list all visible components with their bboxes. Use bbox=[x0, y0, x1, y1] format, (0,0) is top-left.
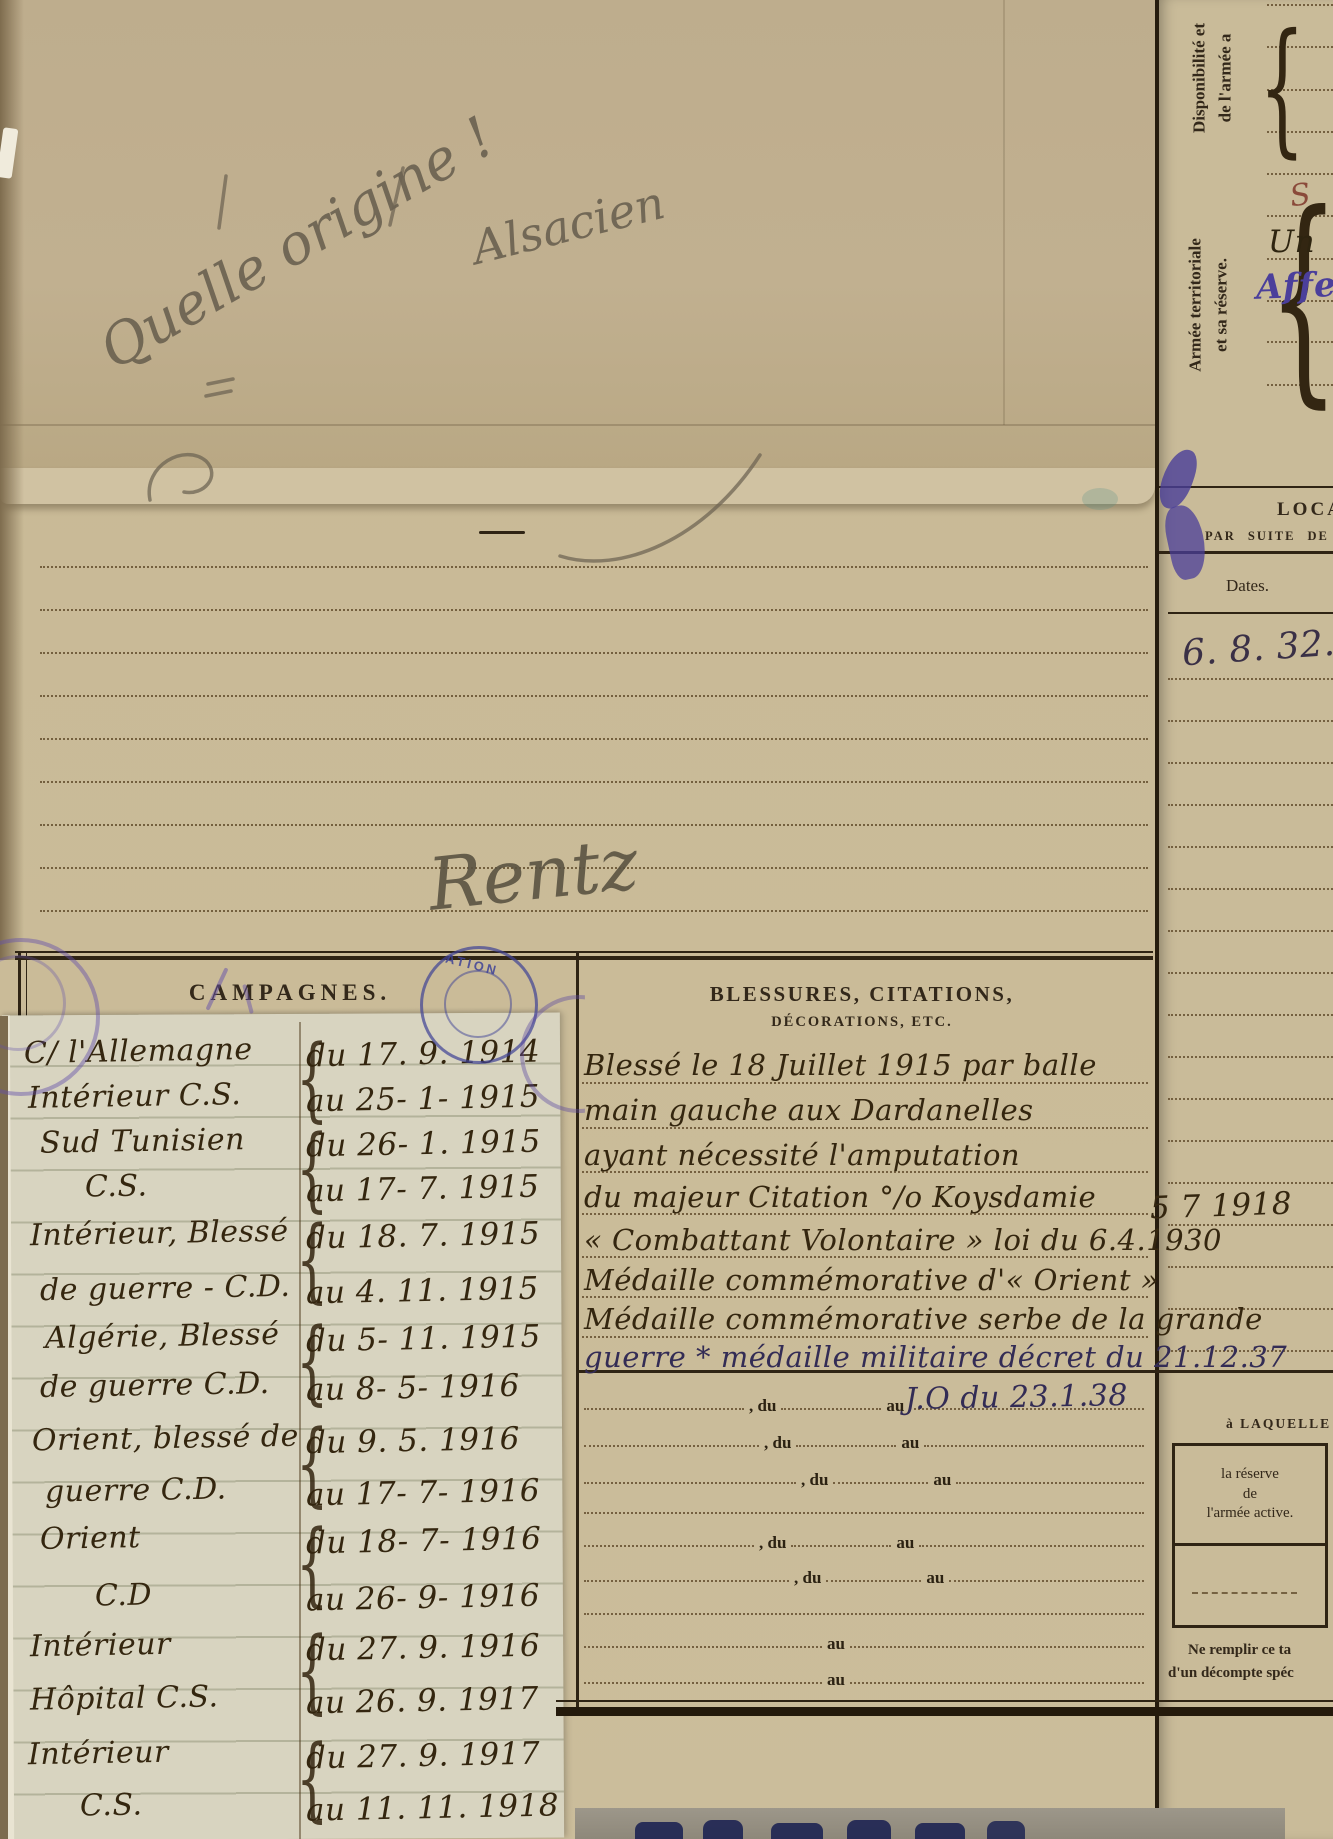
bottom-scan-band bbox=[575, 1808, 1285, 1839]
dotted-line bbox=[40, 695, 1148, 697]
du-label: , du bbox=[796, 1471, 833, 1488]
au-label: au bbox=[921, 1569, 949, 1586]
note-text-line2: d'un décompte spéc bbox=[1168, 1665, 1294, 1682]
torn-edge-strip bbox=[0, 468, 1155, 504]
campaign-label: Orient bbox=[40, 1520, 141, 1557]
dotted-segment bbox=[956, 1482, 1144, 1484]
dotted-segment bbox=[919, 1545, 1144, 1547]
cutoff-glyph bbox=[635, 1822, 683, 1839]
cutoff-glyph bbox=[703, 1820, 743, 1839]
dotted-line bbox=[1168, 972, 1333, 974]
dotted-line bbox=[582, 1336, 1148, 1338]
du-label: , du bbox=[754, 1534, 791, 1551]
brace-glyph: { bbox=[296, 1520, 328, 1607]
au-label: au bbox=[928, 1471, 956, 1488]
handwritten-line: guerre * médaille militaire décret du 21… bbox=[584, 1340, 1287, 1374]
form-row: , du au bbox=[584, 1464, 1144, 1488]
blessures-subtitle: DÉCORATIONS, ETC. bbox=[576, 1014, 1148, 1031]
reserve-box-line: de bbox=[1175, 1485, 1325, 1505]
dotted-line bbox=[1168, 720, 1333, 722]
cutoff-glyph bbox=[847, 1820, 891, 1839]
brace-glyph: { bbox=[296, 1035, 328, 1122]
dotted-line bbox=[1168, 1182, 1333, 1184]
campaign-date: du 27. 9. 1916 bbox=[306, 1628, 541, 1669]
campaign-date: du 9. 5. 1916 bbox=[306, 1421, 521, 1461]
dotted-segment bbox=[949, 1580, 1144, 1582]
au-label: au bbox=[891, 1534, 919, 1551]
dotted-line bbox=[584, 1613, 1144, 1615]
form-row: , du au bbox=[584, 1562, 1144, 1586]
dotted-segment bbox=[584, 1545, 754, 1547]
handwritten-line: « Combattant Volontaire » loi du 6.4.193… bbox=[584, 1223, 1222, 1257]
cutoff-glyph bbox=[987, 1821, 1025, 1839]
empty-form-box bbox=[1172, 1543, 1328, 1628]
campaign-label: de guerre C.D. bbox=[40, 1366, 270, 1405]
dotted-segment bbox=[850, 1646, 1144, 1648]
handwritten-line: ayant nécessité l'amputation bbox=[584, 1138, 1020, 1172]
campaign-date: du 27. 9. 1917 bbox=[306, 1736, 541, 1777]
short-dash-mark bbox=[479, 531, 525, 534]
campaign-label: Sud Tunisien bbox=[40, 1122, 246, 1161]
campaign-date: au 4. 11. 1915 bbox=[306, 1271, 539, 1312]
dotted-segment bbox=[584, 1682, 822, 1684]
brace-glyph: { bbox=[1259, 15, 1305, 160]
campaign-date: au 26- 9- 1916 bbox=[306, 1578, 541, 1619]
dotted-line bbox=[1168, 1014, 1333, 1016]
handwritten-line: Médaille commémorative d'« Orient » bbox=[584, 1263, 1159, 1297]
reserve-box: la réserve de l'armée active. bbox=[1172, 1443, 1328, 1546]
handwritten-line: du majeur Citation °/o Koysdamie bbox=[584, 1180, 1096, 1214]
under-page-edge bbox=[0, 1016, 8, 1839]
dotted-segment bbox=[796, 1445, 896, 1447]
a-laquelle-header: à LAQUELLE bbox=[1226, 1416, 1331, 1432]
blessures-title: BLESSURES, CITATIONS, bbox=[576, 982, 1148, 1007]
cutoff-glyph bbox=[915, 1823, 965, 1839]
dotted-line bbox=[1168, 846, 1333, 848]
vertical-label-disponibilite: Disponibilité et de l'armée a bbox=[1187, 23, 1240, 133]
dotted-line bbox=[40, 609, 1148, 611]
campaign-date: du 18- 7- 1916 bbox=[306, 1521, 542, 1562]
brace-glyph: { bbox=[296, 1216, 328, 1303]
brace-glyph: { bbox=[296, 1420, 328, 1507]
dotted-segment bbox=[584, 1580, 789, 1582]
affecte-stamp: Affec bbox=[1255, 264, 1333, 308]
dotted-line bbox=[40, 566, 1148, 568]
brace-glyph: { bbox=[296, 1735, 328, 1822]
campaign-label: Intérieur bbox=[30, 1627, 171, 1664]
campaign-date: du 18. 7. 1915 bbox=[306, 1216, 541, 1257]
form-row: au bbox=[584, 1628, 1144, 1652]
campaign-label: C.S. bbox=[80, 1787, 143, 1823]
campaign-label: Intérieur bbox=[28, 1735, 169, 1772]
localites-header: LOCA bbox=[1277, 499, 1333, 521]
campaign-label: C.D bbox=[95, 1578, 153, 1614]
brace-glyph: { bbox=[296, 1318, 328, 1405]
au-label: au bbox=[896, 1434, 924, 1451]
bottom-border-thick bbox=[556, 1707, 1333, 1716]
campaign-label: Orient, blessé de bbox=[32, 1419, 299, 1459]
dotted-line bbox=[1168, 1098, 1333, 1100]
dotted-segment bbox=[833, 1482, 928, 1484]
form-row: , du au bbox=[584, 1527, 1144, 1551]
section-rule bbox=[1168, 612, 1333, 614]
dotted-line bbox=[584, 1512, 1144, 1514]
vertical-label-line: Armée territoriale bbox=[1183, 238, 1209, 372]
cutoff-glyph bbox=[771, 1823, 823, 1839]
campaign-label: Intérieur, Blessé bbox=[30, 1214, 289, 1254]
dashed-entry-line bbox=[1192, 1592, 1297, 1594]
campaign-date: au 8- 5- 1916 bbox=[306, 1368, 521, 1408]
du-label: , du bbox=[789, 1569, 826, 1586]
campaign-date: au 17- 7. 1915 bbox=[306, 1169, 540, 1210]
ink-smudge bbox=[1082, 488, 1118, 510]
campaign-date: au 11. 11. 1918 bbox=[306, 1787, 560, 1828]
reserve-box-line: l'armée active. bbox=[1175, 1504, 1325, 1524]
vertical-label-line: Disponibilité et bbox=[1187, 23, 1213, 133]
bottom-border-thin bbox=[556, 1700, 1333, 1702]
campaign-label: Algérie, Blessé bbox=[45, 1317, 280, 1356]
handwritten-line: main gauche aux Dardanelles bbox=[584, 1093, 1034, 1127]
round-stamp-inner-ring bbox=[444, 970, 512, 1038]
dotted-line bbox=[40, 738, 1148, 740]
dotted-line bbox=[40, 910, 1148, 912]
vertical-label-line: de l'armée a bbox=[1213, 23, 1239, 133]
vertical-label-territoriale: Armée territoriale et sa réserve. bbox=[1183, 238, 1236, 372]
campaign-label: de guerre - C.D. bbox=[40, 1269, 291, 1308]
dotted-line bbox=[1168, 1140, 1333, 1142]
note-text-line1: Ne remplir ce ta bbox=[1188, 1642, 1291, 1659]
handwritten-line: Médaille commémorative serbe de la grand… bbox=[584, 1302, 1263, 1336]
table-top-rule bbox=[15, 951, 1153, 953]
dotted-segment bbox=[584, 1408, 744, 1410]
dotted-segment bbox=[781, 1408, 881, 1410]
dotted-line bbox=[1168, 1266, 1333, 1268]
brace-glyph: { bbox=[296, 1627, 328, 1714]
table-top-rule bbox=[15, 956, 1153, 960]
dotted-segment bbox=[584, 1646, 822, 1648]
dotted-segment bbox=[584, 1482, 796, 1484]
page-fold-line bbox=[1155, 0, 1159, 1839]
overflow-note: J.O du 23.1.38 bbox=[905, 1378, 1129, 1417]
dotted-line bbox=[1168, 762, 1333, 764]
dotted-segment bbox=[791, 1545, 891, 1547]
form-row: au bbox=[584, 1664, 1144, 1688]
dotted-line bbox=[40, 652, 1148, 654]
handwritten-un: Un bbox=[1268, 224, 1315, 260]
campaign-label: Hôpital C.S. bbox=[30, 1679, 219, 1717]
dotted-line bbox=[40, 781, 1148, 783]
au-label: au bbox=[822, 1671, 850, 1688]
campaign-date: au 17- 7- 1916 bbox=[306, 1473, 541, 1514]
dotted-line bbox=[1168, 930, 1333, 932]
dotted-line bbox=[582, 1082, 1148, 1084]
campaign-label: guerre C.D. bbox=[45, 1471, 227, 1509]
cover-edge-crease bbox=[1003, 0, 1005, 425]
vertical-label-line: et sa réserve. bbox=[1209, 238, 1235, 372]
du-label: , du bbox=[744, 1397, 781, 1414]
dotted-line bbox=[1168, 678, 1333, 680]
par-suite-header: PAR SUITE DE bbox=[1205, 529, 1329, 544]
date-entry: 5 7 1918 bbox=[1149, 1186, 1292, 1227]
campaign-label: C.S. bbox=[85, 1168, 148, 1204]
fold-crease bbox=[0, 424, 1155, 426]
dotted-segment bbox=[826, 1580, 921, 1582]
dotted-segment bbox=[850, 1682, 1144, 1684]
brace-glyph: { bbox=[296, 1125, 328, 1212]
dotted-segment bbox=[584, 1445, 759, 1447]
au-label: au bbox=[822, 1635, 850, 1652]
campaign-date: du 26- 1. 1915 bbox=[306, 1124, 541, 1165]
dotted-line bbox=[1168, 888, 1333, 890]
form-row: , du au bbox=[584, 1427, 1144, 1451]
campaign-date: au 26. 9. 1917 bbox=[306, 1681, 539, 1722]
dates-header: Dates. bbox=[1226, 576, 1269, 596]
campaign-date: du 5- 11. 1915 bbox=[306, 1319, 541, 1360]
dotted-line bbox=[1168, 804, 1333, 806]
dotted-line bbox=[1168, 1056, 1333, 1058]
dotted-segment bbox=[924, 1445, 1144, 1447]
handwritten-line: Blessé le 18 Juillet 1915 par balle bbox=[584, 1048, 1097, 1082]
scanned-military-record: Quelle origine ! Alsacien Rentz Disponib… bbox=[0, 0, 1333, 1839]
dotted-line bbox=[582, 1127, 1148, 1129]
campaign-date: au 25- 1- 1915 bbox=[306, 1079, 541, 1120]
du-label: , du bbox=[759, 1434, 796, 1451]
reserve-box-line: la réserve bbox=[1175, 1465, 1325, 1485]
